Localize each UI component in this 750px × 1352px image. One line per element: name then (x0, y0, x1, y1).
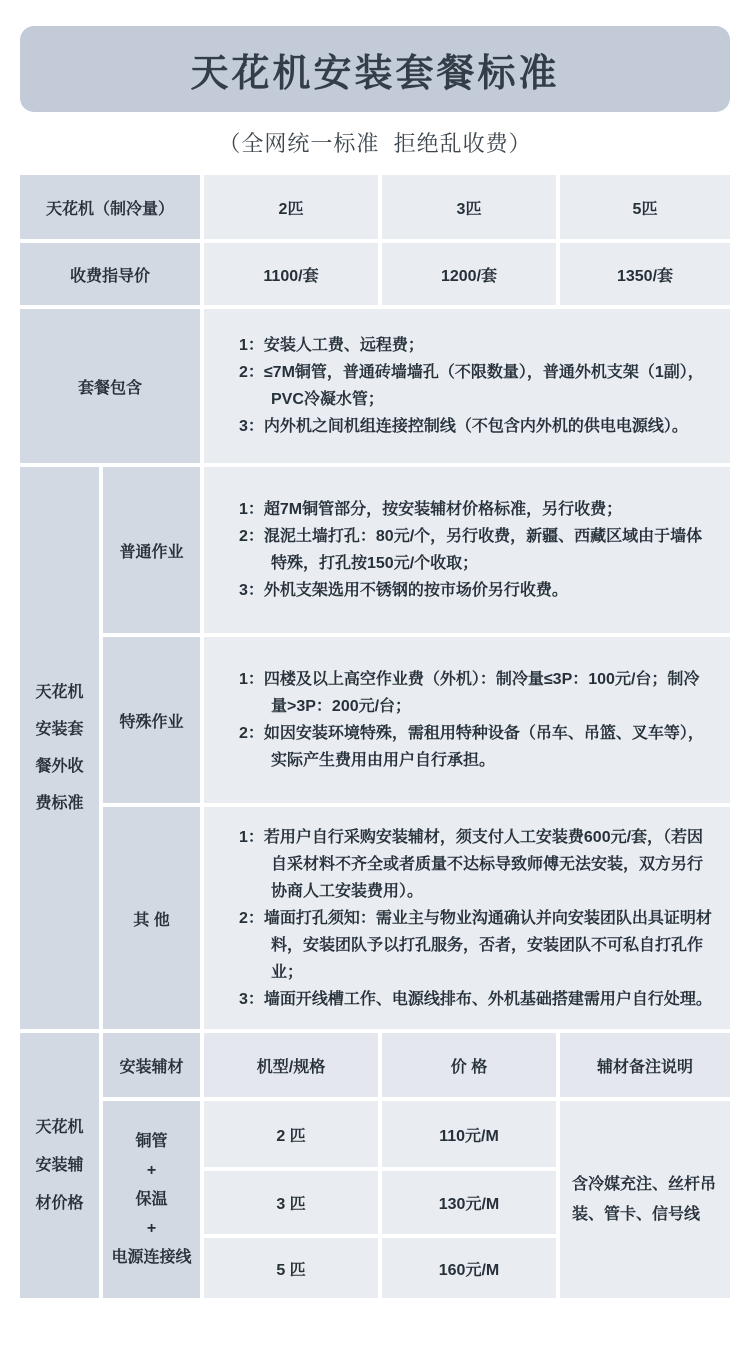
guide-price-5p-cell: 1350/套 (560, 243, 730, 305)
title-banner: 天花机安装套餐标准 (20, 26, 730, 112)
price-2p-cell: 110元/M (382, 1101, 556, 1167)
package-includes-content: 1：安装人工费、远程费； 2：≤7M铜管，普通砖墙墙孔（不限数量），普通外机支架… (204, 309, 730, 463)
normal-work-item: 1：超7M铜管部分，按安装辅材价格标准，另行收费； (239, 496, 712, 523)
page-subtitle: （全网统一标准 拒绝乱收费） (0, 127, 750, 158)
bundle-cell: 铜管 + 保温 + 电源连接线 (103, 1101, 200, 1298)
note-header: 辅材备注说明 (560, 1033, 730, 1097)
model-5p-cell: 5 匹 (204, 1238, 378, 1298)
special-work-item: 2：如因安装环境特殊，需租用特种设备（吊车、吊篮、叉车等），实际产生费用由用户自… (239, 720, 712, 774)
bundle-plus: + (147, 1214, 156, 1243)
normal-work-item: 2：混泥土墙打孔：80元/个，另行收费，新疆、西藏区域由于墙体特殊，打孔按150… (239, 523, 712, 577)
extra-fees-label-line: 安装套 (35, 711, 83, 748)
capacity-5p-cell: 5匹 (560, 175, 730, 239)
extra-fees-label-line: 餐外收 (35, 748, 83, 785)
package-item: 1：安装人工费、远程费； (239, 332, 712, 359)
page-title: 天花机安装套餐标准 (190, 42, 559, 97)
price-3p-cell: 130元/M (382, 1171, 556, 1234)
extra-fees-group-label: 天花机 安装套 餐外收 费标准 (20, 467, 99, 1029)
model-3p-cell: 3 匹 (204, 1171, 378, 1234)
guide-price-3p-cell: 1200/套 (382, 243, 556, 305)
poster: 天花机安装套餐标准 （全网统一标准 拒绝乱收费） 天花机（制冷量） 2匹 3匹 … (0, 0, 750, 1352)
extra-fees-label-line: 费标准 (35, 785, 83, 822)
pricing-table: 天花机（制冷量） 2匹 3匹 5匹 收费指导价 1100/套 1200/套 13… (20, 175, 730, 1298)
bundle-line: 电源连接线 (111, 1243, 191, 1272)
extra-fees-label-line: 天花机 (35, 674, 83, 711)
other-item: 2：墙面打孔须知：需业主与物业沟通确认并向安装团队出具证明材料，安装团队予以打孔… (239, 905, 712, 986)
bundle-line: 保温 (135, 1185, 167, 1214)
capacity-2p-cell: 2匹 (204, 175, 378, 239)
bundle-plus: + (147, 1156, 156, 1185)
normal-work-item: 3：外机支架选用不锈钢的按市场价另行收费。 (239, 577, 712, 604)
guide-price-2p-cell: 1100/套 (204, 243, 378, 305)
price-5p-cell: 160元/M (382, 1238, 556, 1298)
package-includes-label: 套餐包含 (20, 309, 200, 463)
other-label: 其 他 (103, 807, 200, 1029)
other-content: 1：若用户自行采购安装辅材，须支付人工安装费600元/套，（若因自采材料不齐全或… (204, 807, 730, 1029)
bundle-line: 铜管 (135, 1127, 167, 1156)
special-work-item: 1：四楼及以上高空作业费（外机）：制冷量≤3P：100元/台；制冷量>3P：20… (239, 666, 712, 720)
package-item: 2：≤7M铜管，普通砖墙墙孔（不限数量），普通外机支架（1副），PVC冷凝水管； (239, 359, 712, 413)
package-item: 3：内外机之间机组连接控制线（不包含内外机的供电电源线）。 (239, 413, 712, 440)
capacity-row-label: 天花机（制冷量） (20, 175, 200, 239)
other-item: 1：若用户自行采购安装辅材，须支付人工安装费600元/套，（若因自采材料不齐全或… (239, 824, 712, 905)
materials-note-cell: 含冷媒充注、丝杆吊装、管卡、信号线 (560, 1101, 730, 1298)
special-work-label: 特殊作业 (103, 637, 200, 803)
model-spec-header: 机型/规格 (204, 1033, 378, 1097)
special-work-content: 1：四楼及以上高空作业费（外机）：制冷量≤3P：100元/台；制冷量>3P：20… (204, 637, 730, 803)
materials-label-line: 安装辅 (35, 1147, 83, 1185)
capacity-3p-cell: 3匹 (382, 175, 556, 239)
normal-work-label: 普通作业 (103, 467, 200, 633)
materials-group-label: 天花机 安装辅 材价格 (20, 1033, 99, 1298)
materials-label-line: 材价格 (35, 1185, 83, 1223)
normal-work-content: 1：超7M铜管部分，按安装辅材价格标准，另行收费； 2：混泥土墙打孔：80元/个… (204, 467, 730, 633)
materials-note-text: 含冷媒充注、丝杆吊装、管卡、信号线 (572, 1170, 718, 1230)
model-2p-cell: 2 匹 (204, 1101, 378, 1167)
guide-price-row-label: 收费指导价 (20, 243, 200, 305)
materials-label-line: 天花机 (35, 1109, 83, 1147)
other-item: 3：墙面开线槽工作、电源线排布、外机基础搭建需用户自行处理。 (239, 986, 712, 1013)
aux-materials-header: 安装辅材 (103, 1033, 200, 1097)
price-header: 价 格 (382, 1033, 556, 1097)
